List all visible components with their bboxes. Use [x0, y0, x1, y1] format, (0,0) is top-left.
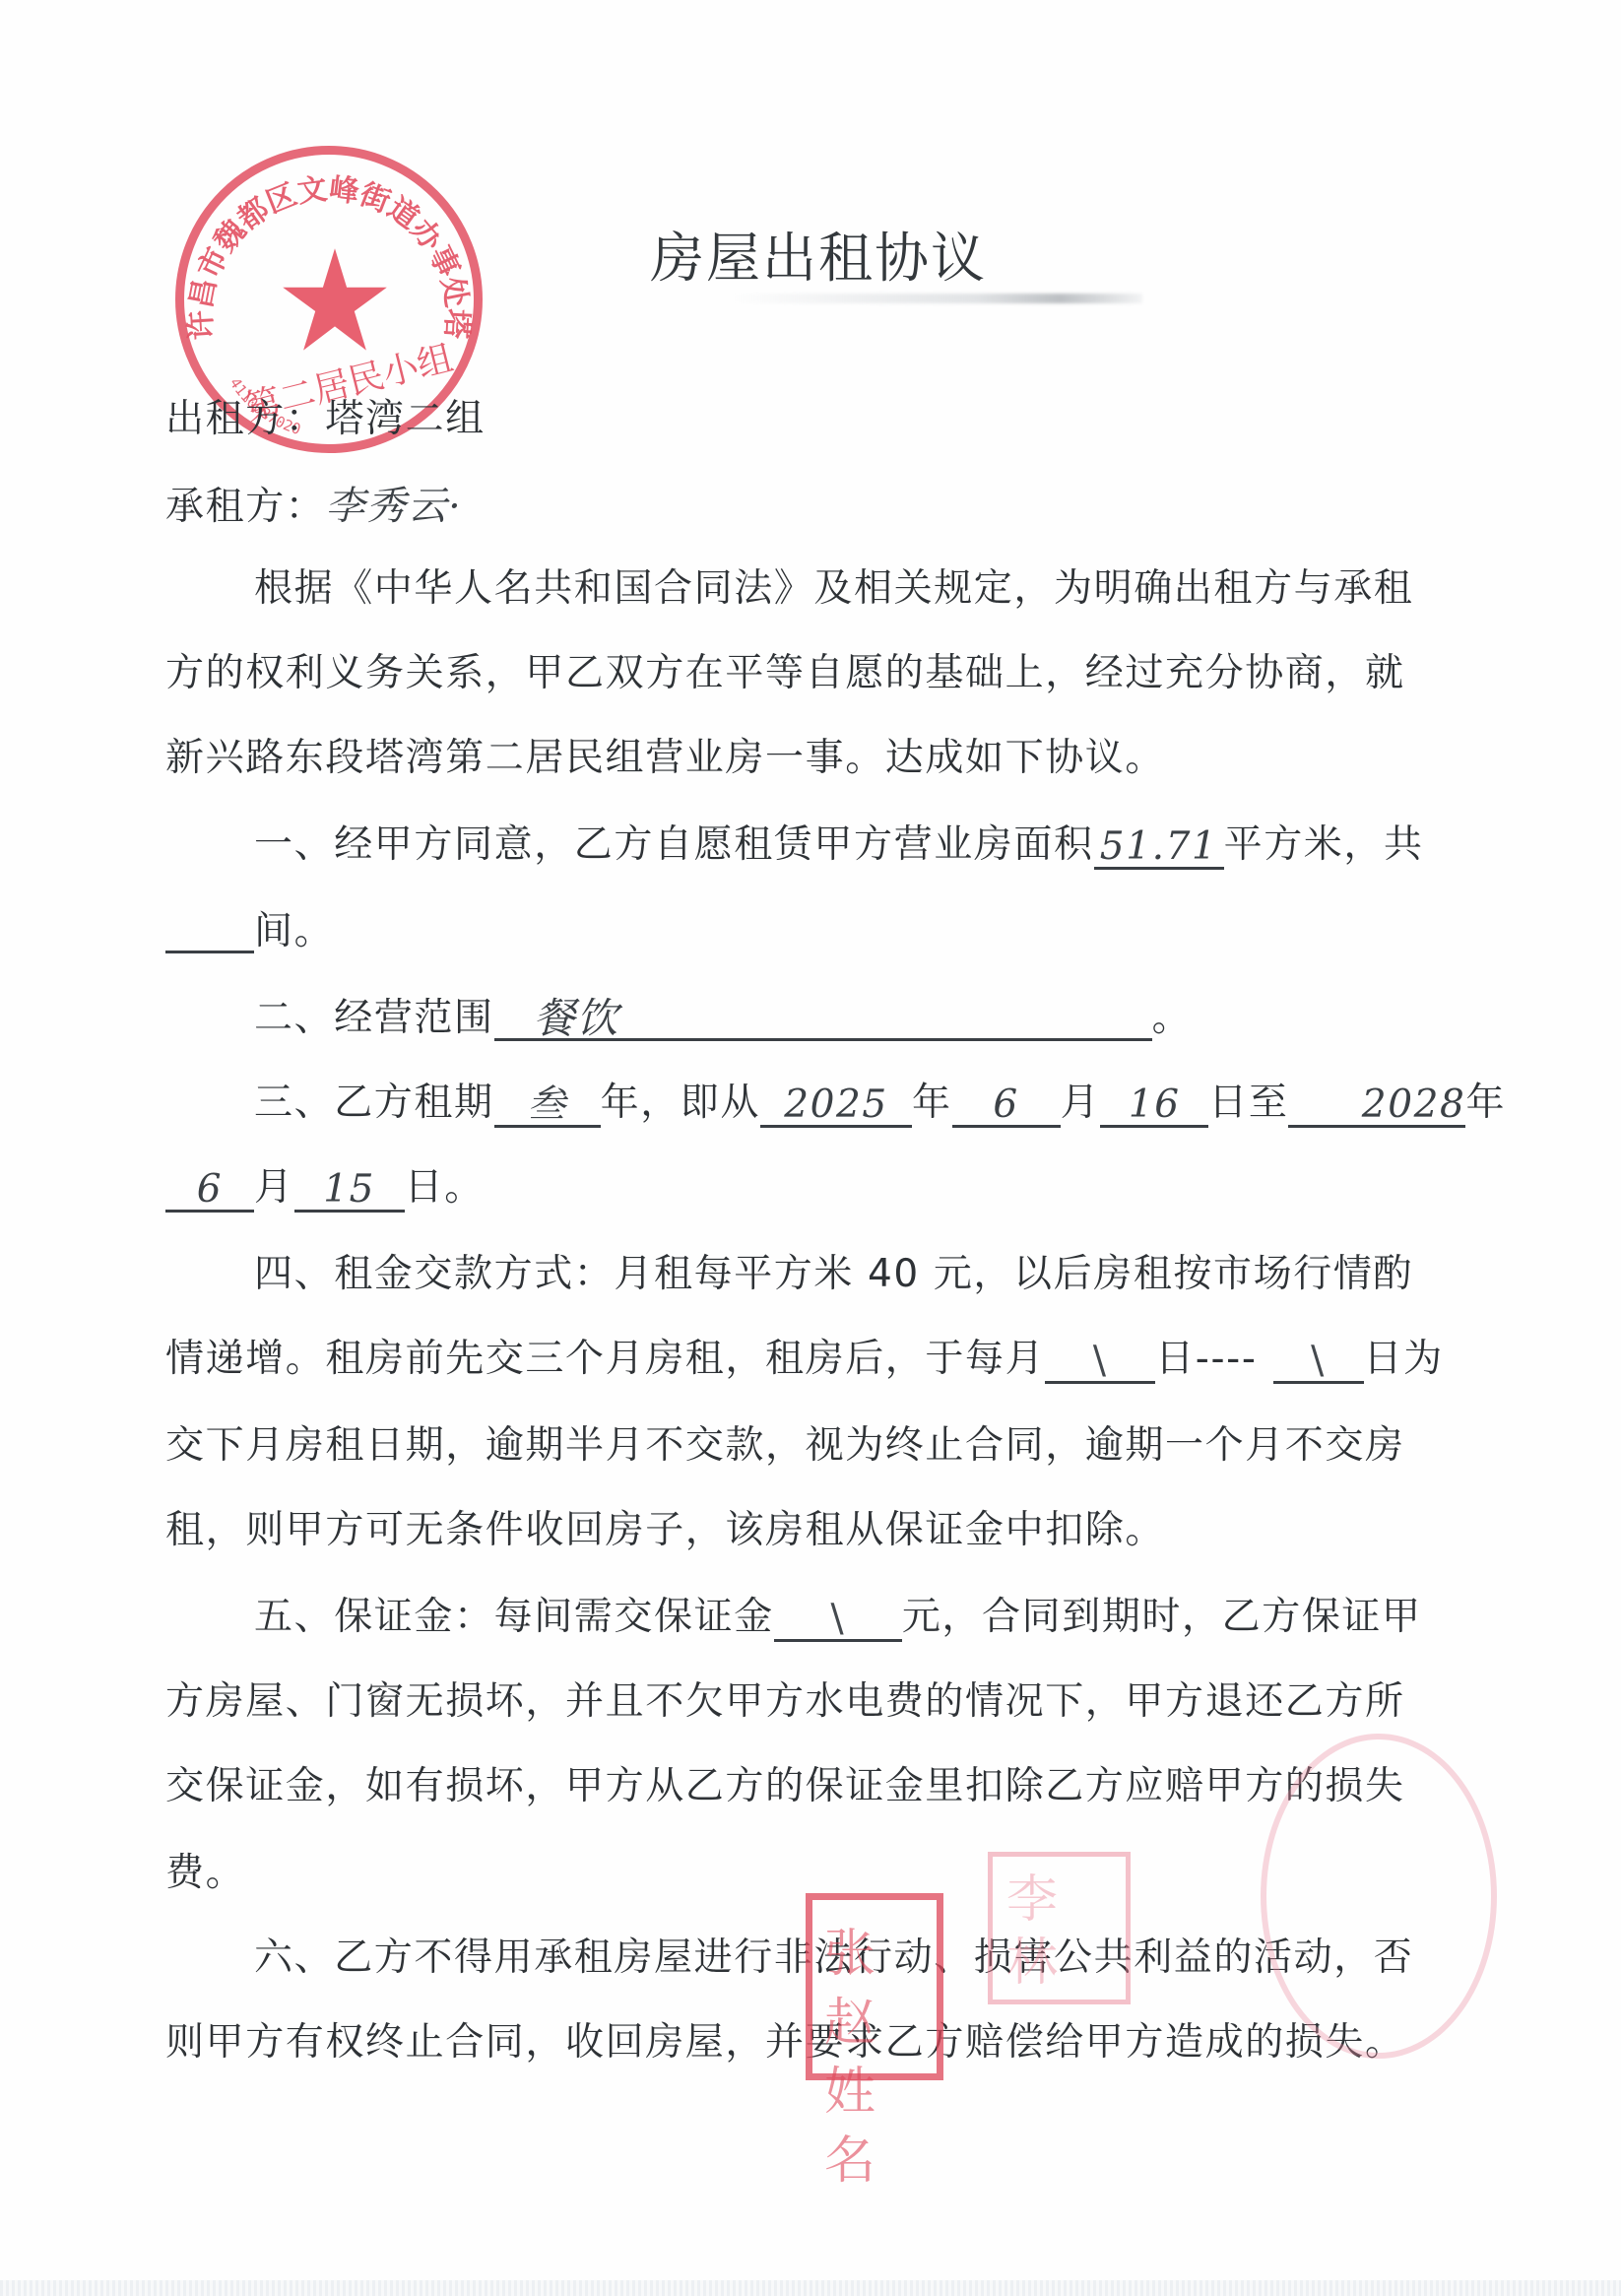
faded-round-seal [1261, 1734, 1497, 2059]
start-year-field: 2025 [760, 1085, 912, 1128]
business-scope-field: 餐饮 [494, 999, 1152, 1041]
clause-4-line-2: 情递增。租房前先交三个月房租，租房后，于每月\日----\日为 [165, 1338, 1444, 1382]
lessor-value: 塔湾二组 [325, 397, 485, 441]
seal-2-text: 李 林 [1006, 1869, 1115, 1995]
month-label-2: 月 [254, 1165, 294, 1210]
clause-1-line-1: 一、经甲方同意，乙方自愿租赁甲方营业房面积51.71平方米，共 [254, 823, 1424, 868]
clause-1-text-c: 间。 [254, 909, 334, 953]
year-label-2: 年 [1465, 1081, 1506, 1125]
document-page: 许昌市魏都区文峰街道办事处塔湾社区居民委员会 第二居民小组 4110027020… [0, 0, 1621, 2296]
scan-edge [0, 2280, 1621, 2296]
preamble-line-3: 新兴路东段塔湾第二居民组营业房一事。达成如下协议。 [165, 737, 1165, 780]
clause-1-text-b: 平方米，共 [1224, 822, 1424, 867]
clause-6-line-2: 则甲方有权终止合同，收回房屋，并要求乙方赔偿给甲方造成的损失。 [165, 2021, 1405, 2065]
lessor-label: 出租方： [165, 397, 325, 441]
clause-5-text-b: 元，合同到期时，乙方保证甲 [902, 1595, 1422, 1639]
end-month-field: 6 [165, 1170, 254, 1213]
pay-day-from-field: \ [1045, 1342, 1155, 1384]
star-icon [281, 246, 389, 355]
deposit-field: \ [774, 1600, 902, 1642]
clause-1-text-a: 一、经甲方同意，乙方自愿租赁甲方营业房面积 [254, 822, 1094, 867]
document-title: 房屋出租协议 [650, 215, 987, 293]
lessee-label: 承租方： [165, 485, 325, 529]
clause-2-text-a: 二、经营范围 [254, 996, 494, 1040]
clause-3-text-a: 三、乙方租期 [254, 1081, 494, 1125]
end-year-field: 2028 [1288, 1085, 1465, 1128]
clause-4-line-1: 四、租金交款方式：月租每平方米 40 元，以后房租按市场行情酌 [254, 1253, 1413, 1296]
month-label-1: 月 [1061, 1081, 1101, 1125]
year-label-1: 年 [912, 1081, 952, 1125]
lessee-signature: 李秀云 [325, 484, 448, 529]
clause-4-text-b: 日---- [1155, 1337, 1257, 1381]
clause-4-text-a: 情递增。租房前先交三个月房租，租房后，于每月 [165, 1337, 1045, 1381]
clause-5-line-1: 五、保证金：每间需交保证金\元，合同到期时，乙方保证甲 [254, 1596, 1422, 1640]
area-field: 51.71 [1094, 827, 1224, 870]
clause-1-line-2: 间。 [165, 910, 334, 953]
lessee-line: 承租方：李秀云· [165, 485, 462, 529]
clause-2-text-b: 。 [1152, 996, 1193, 1040]
day-label-1: 日至 [1208, 1081, 1288, 1125]
clause-2-line: 二、经营范围餐饮。 [254, 997, 1192, 1040]
seal-1-text: 张 赵 姓 名 [824, 1920, 933, 2196]
clause-5-text-a: 五、保证金：每间需交保证金 [254, 1595, 774, 1639]
pay-day-to-field: \ [1273, 1342, 1364, 1384]
scan-smudge [729, 294, 1142, 303]
end-day-field: 15 [294, 1170, 405, 1213]
lease-years-field: 叁 [494, 1085, 601, 1128]
preamble-line-1: 根据《中华人名共和国合同法》及相关规定，为明确出租方与承租 [254, 567, 1413, 611]
start-day-field: 16 [1100, 1085, 1208, 1128]
day-label-2: 日。 [405, 1165, 485, 1210]
preamble-line-2: 方的权利义务关系，甲乙双方在平等自愿的基础上，经过充分协商，就 [165, 652, 1405, 695]
clause-4-line-3: 交下月房租日期，逾期半月不交款，视为终止合同，逾期一个月不交房 [165, 1424, 1405, 1468]
clause-3-line-1: 三、乙方租期叁年，即从2025年6月16日至2028年 [254, 1082, 1506, 1126]
personal-square-seal-2: 李 林 [988, 1852, 1131, 2004]
clause-5-line-3: 交保证金，如有损坏，甲方从乙方的保证金里扣除乙方应赔甲方的损失 [165, 1765, 1405, 1808]
clause-5-line-4: 费。 [165, 1852, 245, 1895]
start-month-field: 6 [952, 1085, 1061, 1128]
clause-4-line-4: 租，则甲方可无条件收回房子，该房租从保证金中扣除。 [165, 1509, 1165, 1552]
clause-3-line-2: 6月15日。 [165, 1166, 485, 1211]
clause-5-line-2: 方房屋、门窗无损坏，并且不欠甲方水电费的情况下，甲方退还乙方所 [165, 1680, 1405, 1724]
personal-square-seal-1: 张 赵 姓 名 [806, 1893, 943, 2080]
clause-4-text-c: 日为 [1364, 1337, 1444, 1381]
rooms-field [165, 911, 254, 953]
clause-3-text-b: 年，即从 [601, 1081, 760, 1125]
lessor-line: 出租方：塔湾二组 [165, 398, 486, 441]
